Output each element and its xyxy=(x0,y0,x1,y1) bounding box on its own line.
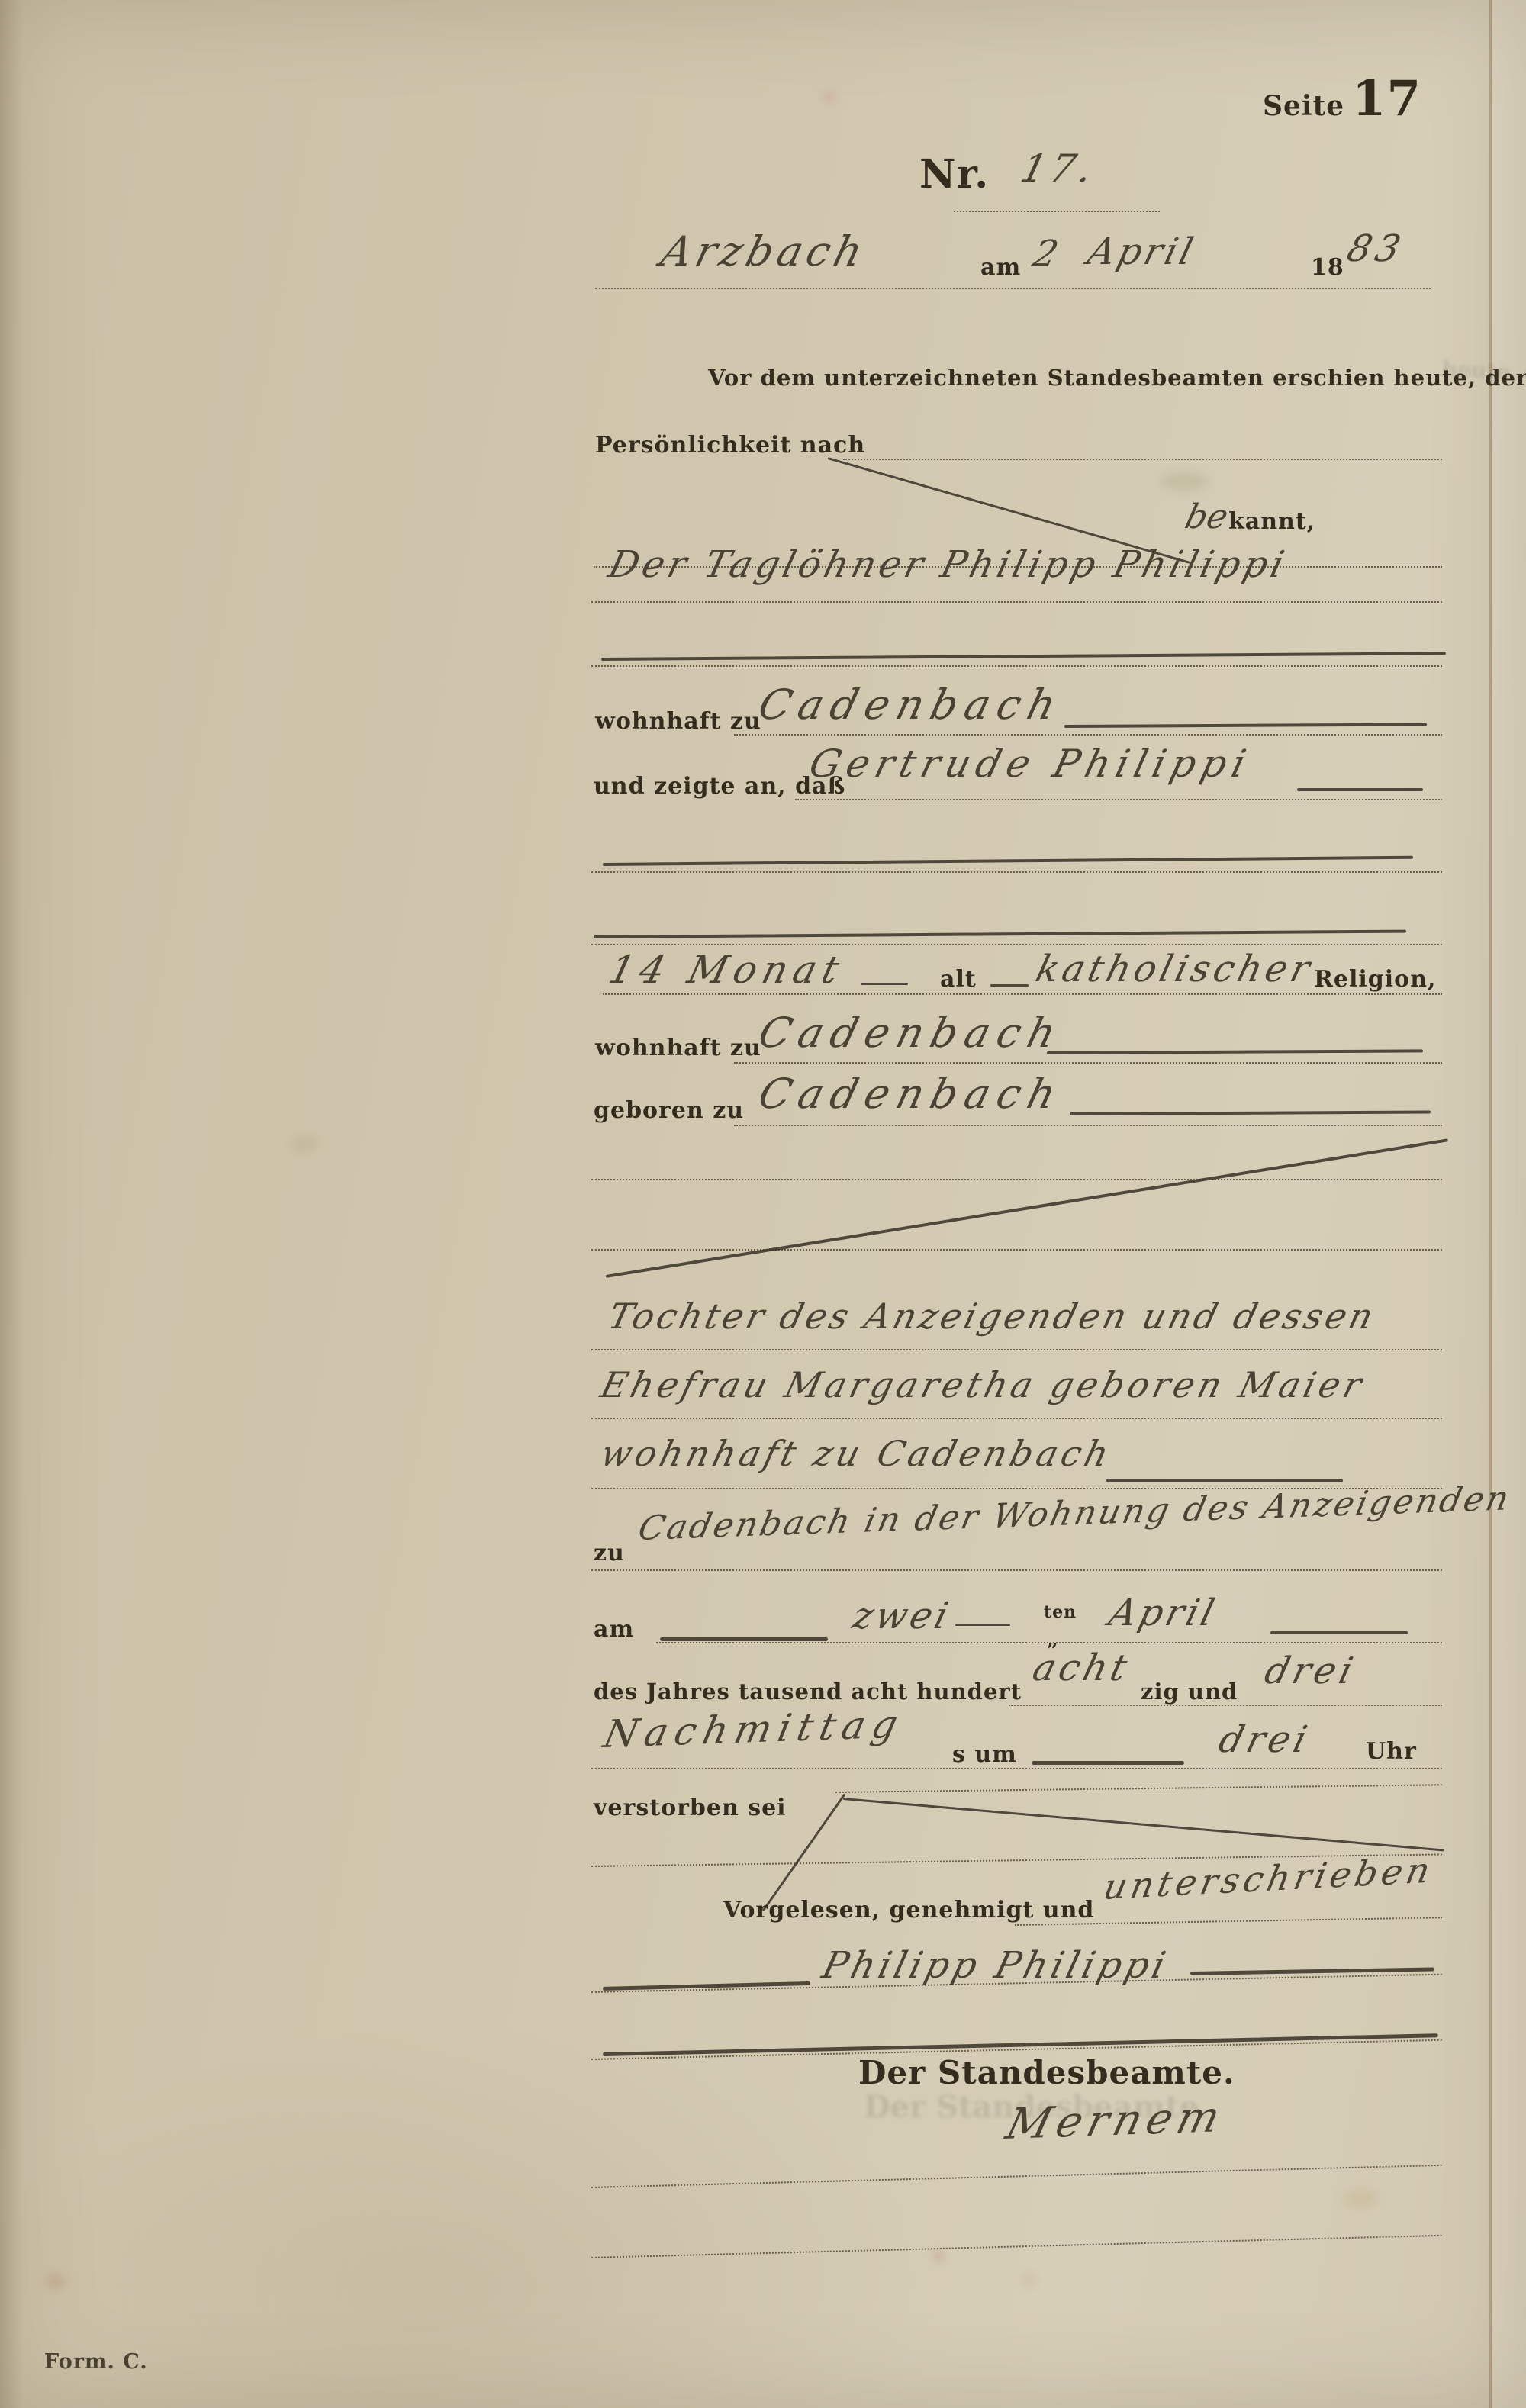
hour-handwritten: drei xyxy=(1215,1718,1315,1761)
crossout-stroke xyxy=(594,930,1406,938)
residence1-handwritten: Cadenbach xyxy=(754,681,1068,729)
dotted-line xyxy=(591,1418,1442,1419)
blank-stroke xyxy=(1106,1479,1343,1482)
crossout-stroke xyxy=(843,1798,1444,1851)
parents-line1-handwritten: Tochter des Anzeigenden und dessen xyxy=(604,1296,1380,1337)
dotted-line xyxy=(591,1569,1442,1571)
dotted-line xyxy=(734,734,1442,736)
parents-line3-handwritten: wohnhaft zu Cadenbach xyxy=(597,1433,1117,1474)
year-printed: 18 xyxy=(1311,254,1344,281)
vignette xyxy=(0,0,1526,2408)
dotted-line xyxy=(591,871,1442,873)
dotted-line xyxy=(1009,1705,1442,1706)
be-handwritten: be xyxy=(1181,497,1232,536)
decade-handwritten: acht xyxy=(1029,1647,1135,1689)
page-number: 17 xyxy=(1352,70,1421,127)
month-handwritten: April xyxy=(1083,230,1200,273)
dotted-line xyxy=(591,944,1442,945)
zig-und-label: zig und xyxy=(1141,1679,1238,1705)
dotted-line xyxy=(591,1349,1442,1350)
dotted-line xyxy=(954,211,1160,212)
death-place-handwritten: Cadenbach in der Wohnung des Anzeigenden xyxy=(635,1479,1515,1548)
blank-stroke xyxy=(1047,1049,1423,1054)
crossout-stroke xyxy=(603,856,1413,866)
stain xyxy=(1025,2277,1032,2283)
residence2-handwritten: Cadenbach xyxy=(754,1009,1068,1057)
year-ones-handwritten: drei xyxy=(1260,1650,1360,1692)
year-handwritten: 83 xyxy=(1343,227,1409,270)
dotted-line xyxy=(591,2235,1442,2258)
blank-stroke xyxy=(1032,1761,1184,1765)
age-handwritten: 14 Monat xyxy=(604,948,849,992)
religion-handwritten: katholischer xyxy=(1032,948,1318,990)
am2-label: am xyxy=(594,1616,634,1643)
place-handwritten: Arzbach xyxy=(656,227,872,275)
seite-label: Seite xyxy=(1263,90,1344,122)
death-month-handwritten: April xyxy=(1105,1592,1222,1634)
dotted-line xyxy=(591,1249,1442,1251)
stain xyxy=(1160,472,1209,491)
stain xyxy=(44,2274,67,2289)
blank-stroke xyxy=(1270,1631,1408,1634)
wohnhaft2-label: wohnhaft zu xyxy=(595,1035,761,1061)
blank-stroke xyxy=(660,1637,828,1641)
dotted-line xyxy=(591,601,1442,603)
register-page: Seite 17 Nr. 17. Arzbach am 2 April 18 8… xyxy=(0,0,1526,2408)
standesbeamte-label: Der Standesbeamte. xyxy=(858,2054,1235,2091)
registrar-signature-handwritten: Mernem xyxy=(1001,2092,1231,2149)
jahr-label: des Jahres tausend acht hundert xyxy=(594,1679,1022,1705)
kannt-label: kannt, xyxy=(1228,508,1315,535)
deceased-name-handwritten: Gertrude Philippi xyxy=(805,742,1256,786)
dotted-line xyxy=(656,1642,1442,1643)
form-code: Form. C. xyxy=(44,2350,148,2374)
blank-stroke xyxy=(1070,1111,1431,1115)
dotted-line xyxy=(591,2165,1442,2188)
geboren-label: geboren zu xyxy=(594,1097,744,1124)
verstorben-label: verstorben sei xyxy=(594,1795,787,1821)
blank-stroke xyxy=(990,984,1029,987)
dotted-line xyxy=(835,1784,1442,1793)
dotted-line xyxy=(591,1179,1442,1180)
dotted-line xyxy=(734,1062,1442,1064)
dotted-line xyxy=(591,1768,1442,1769)
bleedthrough-text: heute, der xyxy=(1441,356,1526,386)
stain xyxy=(291,1135,317,1152)
crossout-stroke xyxy=(603,2033,1438,2056)
am-label: am xyxy=(980,254,1021,281)
nr-label: Nr. xyxy=(919,151,989,198)
dotted-line xyxy=(795,799,1442,800)
wohnhaft-label: wohnhaft zu xyxy=(595,708,761,735)
blank-stroke xyxy=(1297,788,1423,791)
stain xyxy=(934,2252,943,2260)
zu-label: zu xyxy=(594,1540,625,1566)
alt-label: alt xyxy=(940,966,977,993)
crossout-stroke xyxy=(606,1138,1448,1278)
declarant-handwritten: Der Taglöhner Philipp Philippi xyxy=(604,543,1292,586)
stain xyxy=(1343,2188,1378,2208)
dotted-line xyxy=(734,1125,1442,1126)
blank-stroke xyxy=(861,983,908,985)
intro-line: Vor dem unterzeichneten Standesbeamten e… xyxy=(708,365,1526,391)
dotted-line xyxy=(603,993,1442,995)
dotted-line xyxy=(843,459,1442,460)
religion-label: Religion, xyxy=(1314,966,1436,993)
s-um-label: s um xyxy=(952,1741,1017,1768)
blank-stroke xyxy=(1064,723,1427,728)
dotted-line xyxy=(595,288,1431,289)
ten-suffix-label: ten xyxy=(1044,1602,1077,1622)
daytime-handwritten: Nachmittag xyxy=(600,1701,909,1756)
crossout-stroke xyxy=(601,652,1446,661)
stain xyxy=(823,93,835,101)
dotted-line xyxy=(591,665,1442,667)
nr-value-handwritten: 17. xyxy=(1016,146,1102,191)
persoenlichkeit-label: Persönlichkeit nach xyxy=(595,432,865,459)
death-day-handwritten: zwei xyxy=(848,1595,955,1637)
uhr-label: Uhr xyxy=(1366,1738,1417,1765)
blank-stroke xyxy=(955,1624,1010,1626)
birthplace-handwritten: Cadenbach xyxy=(754,1070,1068,1118)
binding-shadow xyxy=(0,0,23,2408)
parents-line2-handwritten: Ehefrau Margaretha geboren Maier xyxy=(597,1364,1370,1405)
vorgelesen-label: Vorgelesen, genehmigt und xyxy=(723,1897,1094,1924)
day-handwritten: 2 xyxy=(1029,233,1063,275)
